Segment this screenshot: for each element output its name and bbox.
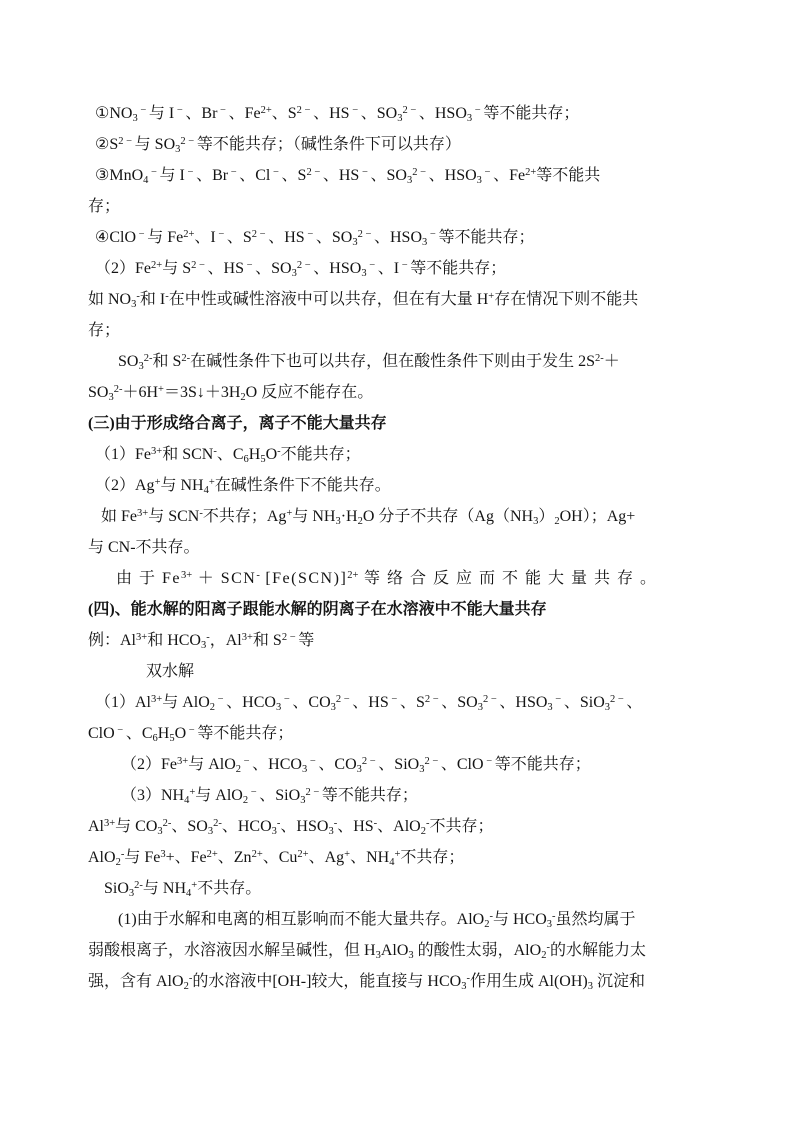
- doc-line-25: AlO2-与 Fe3+、Fe2+、Zn2+、Cu2+、Ag+、NH4+不共存；: [88, 842, 712, 873]
- doc-line-15: 与 CN-不共存。: [88, 532, 712, 563]
- doc-line-27: (1)由于水解和电离的相互影响而不能大量共存。AlO2-与 HCO3-虽然均属于: [88, 904, 712, 935]
- doc-line-12: （1）Fe3+和 SCN-、C6H5O-不能共存；: [88, 439, 712, 470]
- doc-line-05: ④ClO − 与 Fe2+、I − 、S2 − 、HS − 、SO32 − 、H…: [88, 222, 712, 253]
- doc-line-29: 强，含有 AlO2-的水溶液中[OH-]较大，能直接与 HCO3-作用生成 Al…: [88, 966, 712, 997]
- doc-line-08: 存；: [88, 315, 712, 346]
- doc-line-09: SO32-和 S2-在碱性条件下也可以共存，但在酸性条件下则由于发生 2S2-＋: [88, 346, 712, 377]
- document-content: ①NO3 − 与 I − 、Br − 、Fe2+、S2 − 、HS − 、SO3…: [88, 98, 712, 997]
- doc-line-02: ②S2 − 与 SO32 − 等不能共存；（碱性条件下可以共存）: [88, 129, 712, 160]
- doc-line-03: ③MnO4 − 与 I − 、Br − 、Cl − 、S2 − 、HS − 、S…: [88, 160, 712, 191]
- doc-line-18: 例：Al3+和 HCO3-，Al3+和 S2 − 等: [88, 625, 712, 656]
- section-heading-4: (四)、能水解的阳离子跟能水解的阴离子在水溶液中不能大量共存: [88, 594, 712, 625]
- doc-line-04: 存；: [88, 191, 712, 222]
- doc-line-13: （2）Ag+与 NH4+在碱性条件下不能共存。: [88, 470, 712, 501]
- doc-line-26: SiO32-与 NH4+不共存。: [88, 873, 712, 904]
- doc-line-23: （3）NH4+与 AlO2 − 、SiO32 − 等不能共存；: [88, 780, 712, 811]
- doc-line-20: （1）Al3+与 AlO2 − 、HCO3 − 、CO32 − 、HS − 、S…: [88, 687, 712, 718]
- doc-line-19: 双水解: [88, 656, 712, 687]
- doc-line-06: （2）Fe2+与 S2 − 、HS − 、SO32 − 、HSO3 − 、I −…: [88, 253, 712, 284]
- doc-line-07: 如 NO3-和 I-在中性或碱性溶液中可以共存，但在有大量 H+存在情况下则不能…: [88, 284, 712, 315]
- doc-line-28: 弱酸根离子，水溶液因水解呈碱性，但 H3AlO3 的酸性太弱，AlO2-的水解能…: [88, 935, 712, 966]
- section-heading-3: (三)由于形成络合离子，离子不能大量共存: [88, 408, 712, 439]
- doc-line-01: ①NO3 − 与 I − 、Br − 、Fe2+、S2 − 、HS − 、SO3…: [88, 98, 712, 129]
- doc-line-14: 如 Fe3+与 SCN-不共存；Ag+与 NH3·H2O 分子不共存（Ag（NH…: [88, 501, 712, 532]
- doc-line-24: Al3+与 CO32-、SO32-、HCO3-、HSO3-、HS-、AlO2-不…: [88, 811, 712, 842]
- doc-line-16: 由 于 Fe3+ ＋ SCN- [Fe(SCN)]2+ 等 络 合 反 应 而 …: [88, 563, 712, 594]
- doc-line-22: （2）Fe3+与 AlO2 − 、HCO3 − 、CO32 − 、SiO32 −…: [88, 749, 712, 780]
- document-page: ①NO3 − 与 I − 、Br − 、Fe2+、S2 − 、HS − 、SO3…: [0, 0, 793, 1122]
- doc-line-10: SO32-＋6H+＝3S↓＋3H2O 反应不能存在。: [88, 377, 712, 408]
- doc-line-21: ClO − 、C6H5O − 等不能共存；: [88, 718, 712, 749]
